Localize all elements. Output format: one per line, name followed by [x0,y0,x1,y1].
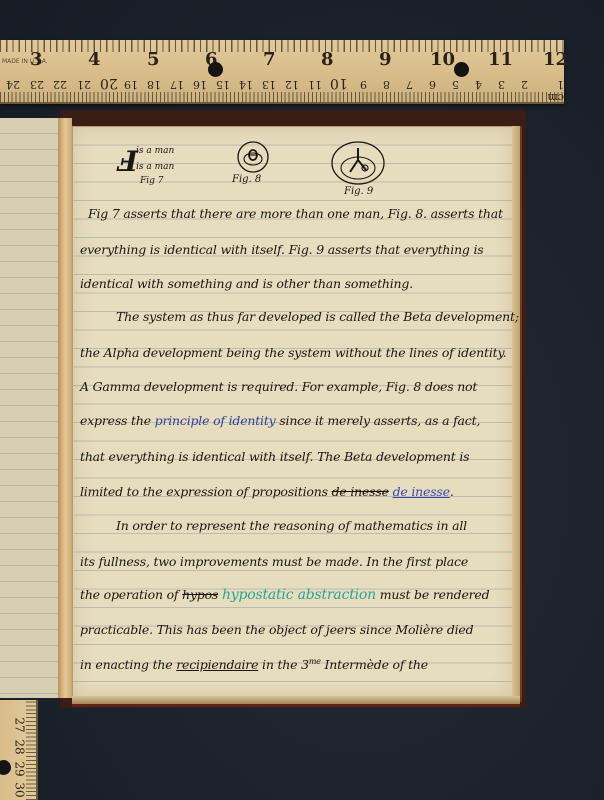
fig7-line1: is a man [136,146,174,156]
manuscript-line: everything is identical with itself. Fig… [80,242,510,257]
underlined-word: recipiendaire [176,657,258,672]
cm-label: 14 [239,78,253,91]
cm-label: 29 [13,761,27,776]
manuscript-line: practicable. This has been the object of… [80,622,510,637]
fig7-line2: is a man [136,162,174,172]
page-bottom-edge [72,696,520,707]
fig9-caption: Fig. 9 [344,186,373,197]
cm-label: 4 [475,78,482,91]
teal-ink-phrase: hypostatic abstraction [222,587,376,603]
cm-label: 2 [521,78,528,91]
cm-label: 28 [13,739,27,754]
inch-label: 8 [321,49,334,70]
manuscript-line: its fullness, two improvements must be m… [80,554,510,569]
left-ruler: 27 28 29 30 [0,700,38,800]
cm-label: 11 [308,78,322,91]
manuscript-line: the Alpha development being the system w… [80,345,510,360]
struck-phrase: de inesse [332,484,389,499]
manuscript-line: A Gamma development is required. For exa… [80,379,510,394]
cm-label: 18 [147,78,161,91]
text-run: in the 3 [258,657,309,672]
cm-label: 8 [383,78,390,91]
inch-label: 3 [30,49,43,70]
cm-label: 15 [216,78,230,91]
ruler-hole [0,760,11,775]
cm-label: 24 [6,78,20,91]
manuscript-line: that everything is identical with itself… [80,449,510,464]
blue-ink-phrase: principle of identity [155,413,276,428]
inch-label: 7 [263,49,276,70]
cm-label: 30 [13,782,27,797]
cm-label: 9 [360,78,367,91]
existential-graph-glyph: Ⅎ [118,148,138,176]
inch-label: 11 [488,49,513,70]
cm-label: 19 [124,78,138,91]
text-run: . [450,484,454,499]
manuscript-line: in enacting the recipiendaire in the 3me… [80,657,510,672]
manuscript-line: The system as thus far developed is call… [116,309,546,324]
cm-label: 22 [53,78,67,91]
inch-label: 10 [430,49,455,70]
manuscript-line: express the principle of identity since … [80,413,510,428]
cm-label: 20 [100,75,118,91]
text-run: limited to the expression of proposition… [80,484,332,499]
book-gutter [58,118,72,698]
manuscript-line: In order to represent the reasoning of m… [116,518,546,533]
ruler-hole [454,62,469,77]
cm-label: 5 [452,78,459,91]
text-run: in enacting the [80,657,176,672]
figure-7: Ⅎ is a man is a man Fig 7 [118,146,198,192]
cm-label: 3 [498,78,505,91]
cm-label: 17 [170,78,184,91]
text-run: the operation of [80,587,182,602]
text-run: Intermède of the [321,657,428,672]
cm-label: 27 [13,717,27,732]
text-run: express the [80,413,155,428]
superscript: me [309,657,321,666]
left-page-edge [0,118,59,698]
manuscript-line: the operation of hypos hypostatic abstra… [80,587,510,603]
figure-8: Fig. 8 [236,140,270,190]
cm-label: 6 [429,78,436,91]
cm-label: 12 [285,78,299,91]
manuscript-line: identical with something and is other th… [80,276,510,291]
cm-ticks [26,700,36,800]
fig7-caption: Fig 7 [140,176,163,186]
figure-9: Fig. 9 [330,140,386,200]
nested-circles-icon [236,140,270,174]
ruler-hole [208,62,223,77]
inch-label: 5 [147,49,160,70]
text-run: since it merely asserts, as a fact, [276,413,481,428]
cm-ticks [0,92,564,102]
manuscript-line: limited to the expression of proposition… [80,484,510,499]
text-run: must be rendered [376,587,489,602]
line-of-identity-icon [330,140,386,186]
cm-label: 13 [262,78,276,91]
cm-label: cm 1 [540,78,564,104]
struck-word: hypos [182,587,218,602]
inch-ticks [0,40,564,52]
blue-ink-phrase: de inesse [393,484,450,499]
cm-label: 16 [193,78,207,91]
cm-label: 23 [30,78,44,91]
cm-label: 7 [406,78,413,91]
manuscript-line: Fig 7 asserts that there are more than o… [88,206,518,221]
inch-label: 12 [543,49,568,70]
inch-label: 4 [88,49,101,70]
cm-label: 21 [77,78,91,91]
cm-label: 10 [330,75,348,91]
inch-label: 9 [379,49,392,70]
top-ruler: MADE IN U.S.A. 3 4 5 6 7 8 9 10 11 12 24… [0,40,564,104]
fig8-caption: Fig. 8 [232,174,261,185]
